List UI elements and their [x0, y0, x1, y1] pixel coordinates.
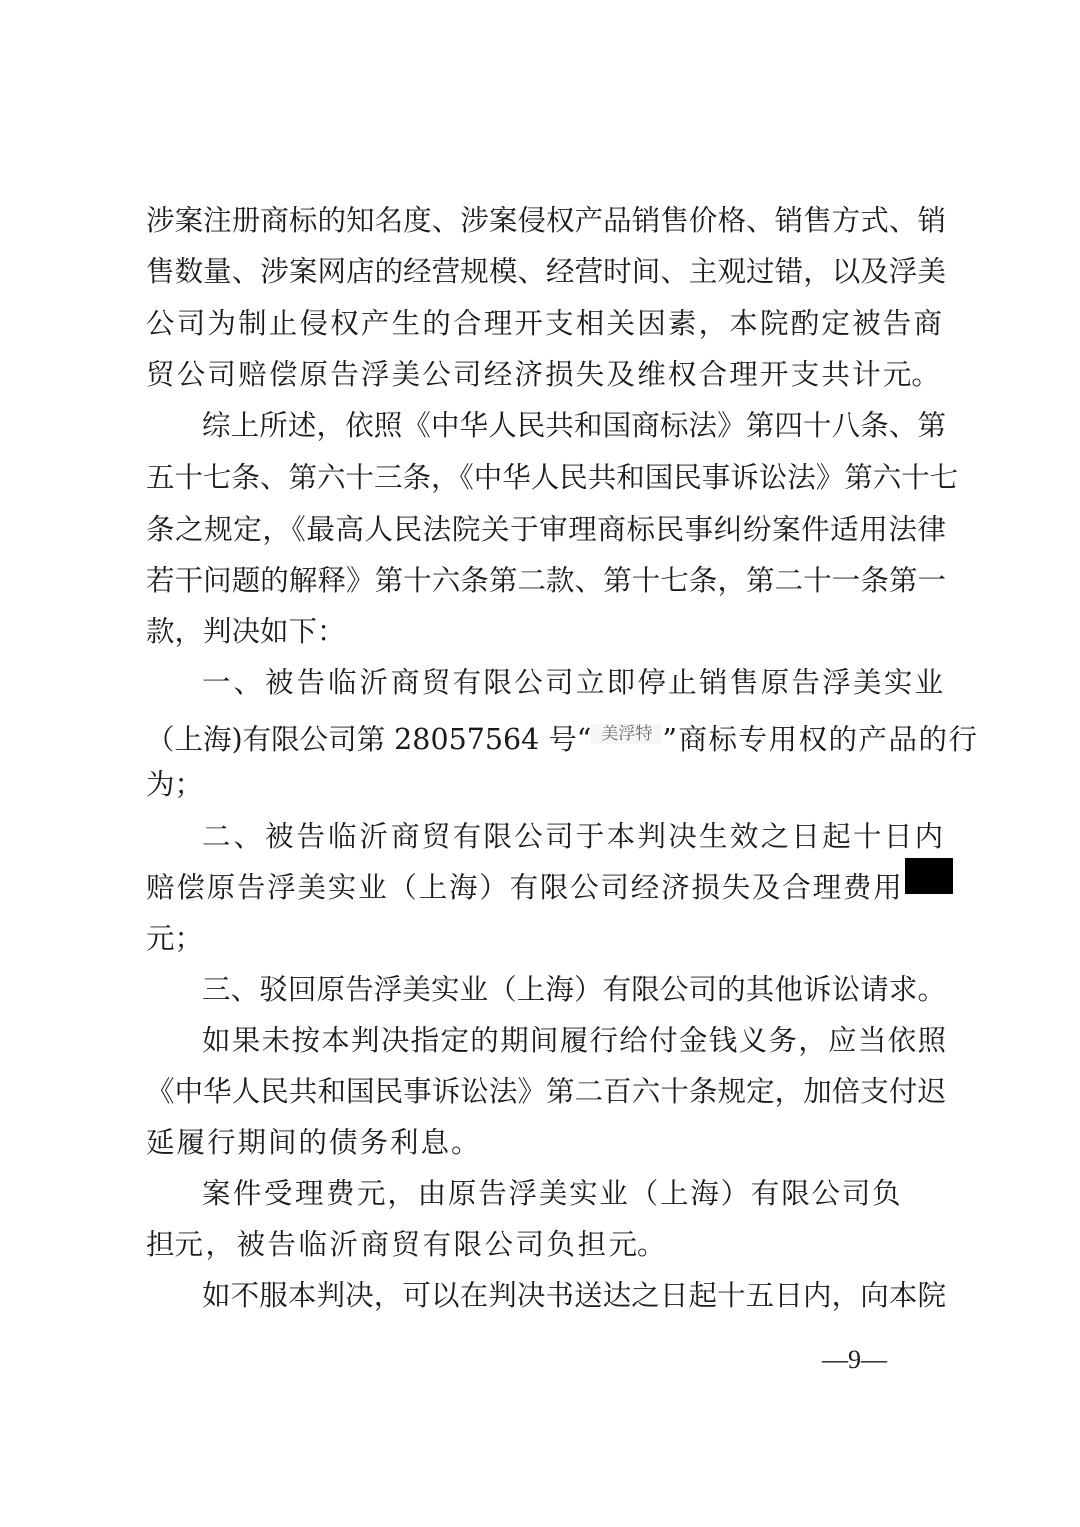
text-segment: 公司为制止侵权产生的合理开支相关因素，本院酌定被告: [146, 307, 914, 340]
text-segment: 二、被告临沂: [202, 820, 391, 853]
text-segment: 款，判决如下：: [146, 615, 346, 648]
text-line: 二、被告临沂商贸有限公司于本判决生效之日起十日内: [202, 817, 946, 857]
text-segment: 商: [914, 307, 943, 340]
text-segment: 综上所述，依照《中华人民共和国商标法》第四十八条、第: [202, 409, 946, 442]
text-line: 延履行期间的债务利息。: [146, 1123, 946, 1163]
text-line: 若干问题的解释》第十六条第二款、第十七条，第二十一条第一: [146, 561, 946, 601]
redaction-box: [905, 858, 953, 894]
text-line: 公司为制止侵权产生的合理开支相关因素，本院酌定被告商: [146, 304, 946, 344]
text-line: 担元，被告临沂商贸有限公司负担元。: [146, 1225, 946, 1265]
text-line: 五十七条、第六十三条，《中华人民共和国民事诉讼法》第六十七: [146, 458, 946, 498]
text-segment: 五十七条、第六十三条，《中华人民共和国民事诉讼法》第六十七: [146, 461, 958, 494]
text-line: 如果未按本判决指定的期间履行给付金钱义务，应当依照: [202, 1021, 946, 1061]
text-segment: 商贸有限公司立即停止销售原告浮美实业: [391, 666, 945, 699]
text-segment: 如果未按本判决指定的期间履行给付金钱义务，应当依照: [202, 1024, 946, 1057]
text-segment: 若干问题的解释》第十六条第二款、第十七条，第二十一条第一: [146, 564, 946, 597]
text-segment: 案件受理费: [202, 1177, 357, 1210]
text-segment: 赔偿原告浮美实业（上海）有限公司经济损失及合理费用: [146, 871, 904, 904]
text-segment: 贸公司赔偿原告浮美公司经济损失及维权合理开支共计: [146, 358, 883, 391]
text-line: （上海)有限公司第 28057564 号“美浮特”商标专用权的产品的行: [146, 714, 946, 754]
text-segment: ”商标专用权的产品的行: [662, 723, 978, 756]
text-segment: 元；: [146, 922, 203, 955]
text-segment: 商贸有限公司负担: [361, 1228, 609, 1261]
text-segment: 涉案注册商标的知名度、涉案侵权产品销售价格、销售方式、销: [146, 204, 946, 237]
text-line: 综上所述，依照《中华人民共和国商标法》第四十八条、第: [202, 406, 946, 446]
text-line: 如不服本判决，可以在判决书送达之日起十五日内，向本院: [202, 1276, 946, 1316]
text-segment: 三、驳回原告浮美实业（上海）有限公司的其他诉讼请求。: [202, 973, 946, 1006]
text-segment: 《中华人民共和国民事诉讼法》第二百六十条规定，加倍支付迟: [146, 1075, 946, 1108]
trademark-image: 美浮特: [591, 724, 662, 744]
text-line: 三、驳回原告浮美实业（上海）有限公司的其他诉讼请求。: [202, 970, 946, 1010]
text-segment: 担: [146, 1228, 175, 1261]
text-line: 为；: [146, 765, 946, 805]
text-segment: 元，被告临沂: [175, 1228, 361, 1261]
text-line: 涉案注册商标的知名度、涉案侵权产品销售价格、销售方式、销: [146, 201, 946, 241]
text-line: 赔偿原告浮美实业（上海）有限公司经济损失及合理费用: [146, 868, 946, 908]
page-number: —9—: [822, 1345, 887, 1375]
text-segment: 为；: [146, 768, 203, 801]
text-line: 《中华人民共和国民事诉讼法》第二百六十条规定，加倍支付迟: [146, 1072, 946, 1112]
text-segment: 如不服本判决，可以在判决书送达之日起十五日内，向本院: [202, 1279, 946, 1312]
text-line: 售数量、涉案网店的经营规模、经营时间、主观过错，以及浮美: [146, 252, 946, 292]
text-segment: 元。: [883, 358, 940, 391]
text-line: 元；: [146, 919, 946, 959]
text-segment: 一、被告临沂: [202, 666, 391, 699]
text-segment: 条之规定，《最高人民法院关于审理商标民事纠纷案件适用法律: [146, 513, 946, 546]
text-line: 案件受理费元，由原告浮美实业（上海）有限公司负: [202, 1174, 946, 1214]
text-segment: 元。: [609, 1228, 666, 1261]
text-segment: 商贸有限公司于本判决生效之日起十日内: [391, 820, 945, 853]
text-line: 条之规定，《最高人民法院关于审理商标民事纠纷案件适用法律: [146, 510, 946, 550]
text-line: 贸公司赔偿原告浮美公司经济损失及维权合理开支共计元。: [146, 355, 946, 395]
text-line: 款，判决如下：: [146, 612, 946, 652]
text-line: 一、被告临沂商贸有限公司立即停止销售原告浮美实业: [202, 663, 946, 703]
text-segment: 延履行期间的债务利息。: [146, 1126, 482, 1159]
text-segment: 元，由原告浮美实业（上海）有限公司负: [357, 1177, 902, 1210]
document-page: 涉案注册商标的知名度、涉案侵权产品销售价格、销售方式、销 售数量、涉案网店的经营…: [0, 0, 1080, 1527]
text-segment: （上海)有限公司第 28057564 号“: [146, 723, 591, 756]
text-segment: 售数量、涉案网店的经营规模、经营时间、主观过错，以及浮美: [146, 255, 946, 288]
